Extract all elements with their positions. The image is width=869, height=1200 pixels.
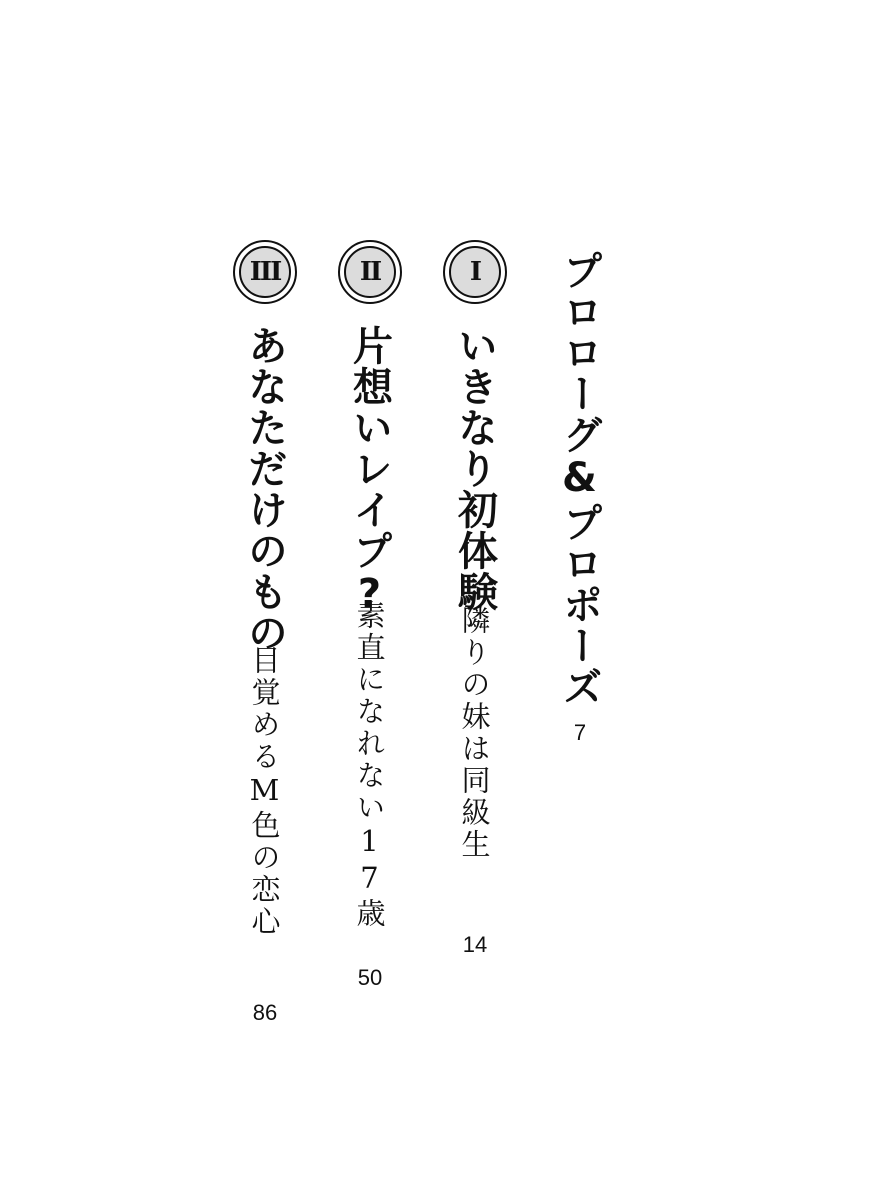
chapter-subtitle: 目覚めるM色の恋心 <box>245 645 286 938</box>
chapter-page-number: 14 <box>463 932 487 958</box>
chapter-subtitle: 素直になれない17歳 <box>350 600 391 930</box>
chapter-numeral-badge: III <box>233 240 297 304</box>
chapter-page-number: 86 <box>253 1000 277 1026</box>
chapter-numeral: II <box>344 246 396 298</box>
chapter-subtitle: 隣りの妹は同級生 <box>455 605 496 861</box>
prologue-title: プロローグ&プロポーズ <box>552 250 609 707</box>
chapter-numeral-badge: I <box>443 240 507 304</box>
chapter-numeral-badge: II <box>338 240 402 304</box>
chapter-page-number: 50 <box>358 965 382 991</box>
chapter-numeral: I <box>449 246 501 298</box>
chapter-title: いきなり初体験 <box>447 325 504 612</box>
prologue-page-number: 7 <box>574 720 586 746</box>
chapter-numeral: III <box>239 246 291 298</box>
chapter-title: 片想いレイプ? <box>342 325 399 618</box>
chapter-title: あなただけのもの <box>237 325 294 653</box>
